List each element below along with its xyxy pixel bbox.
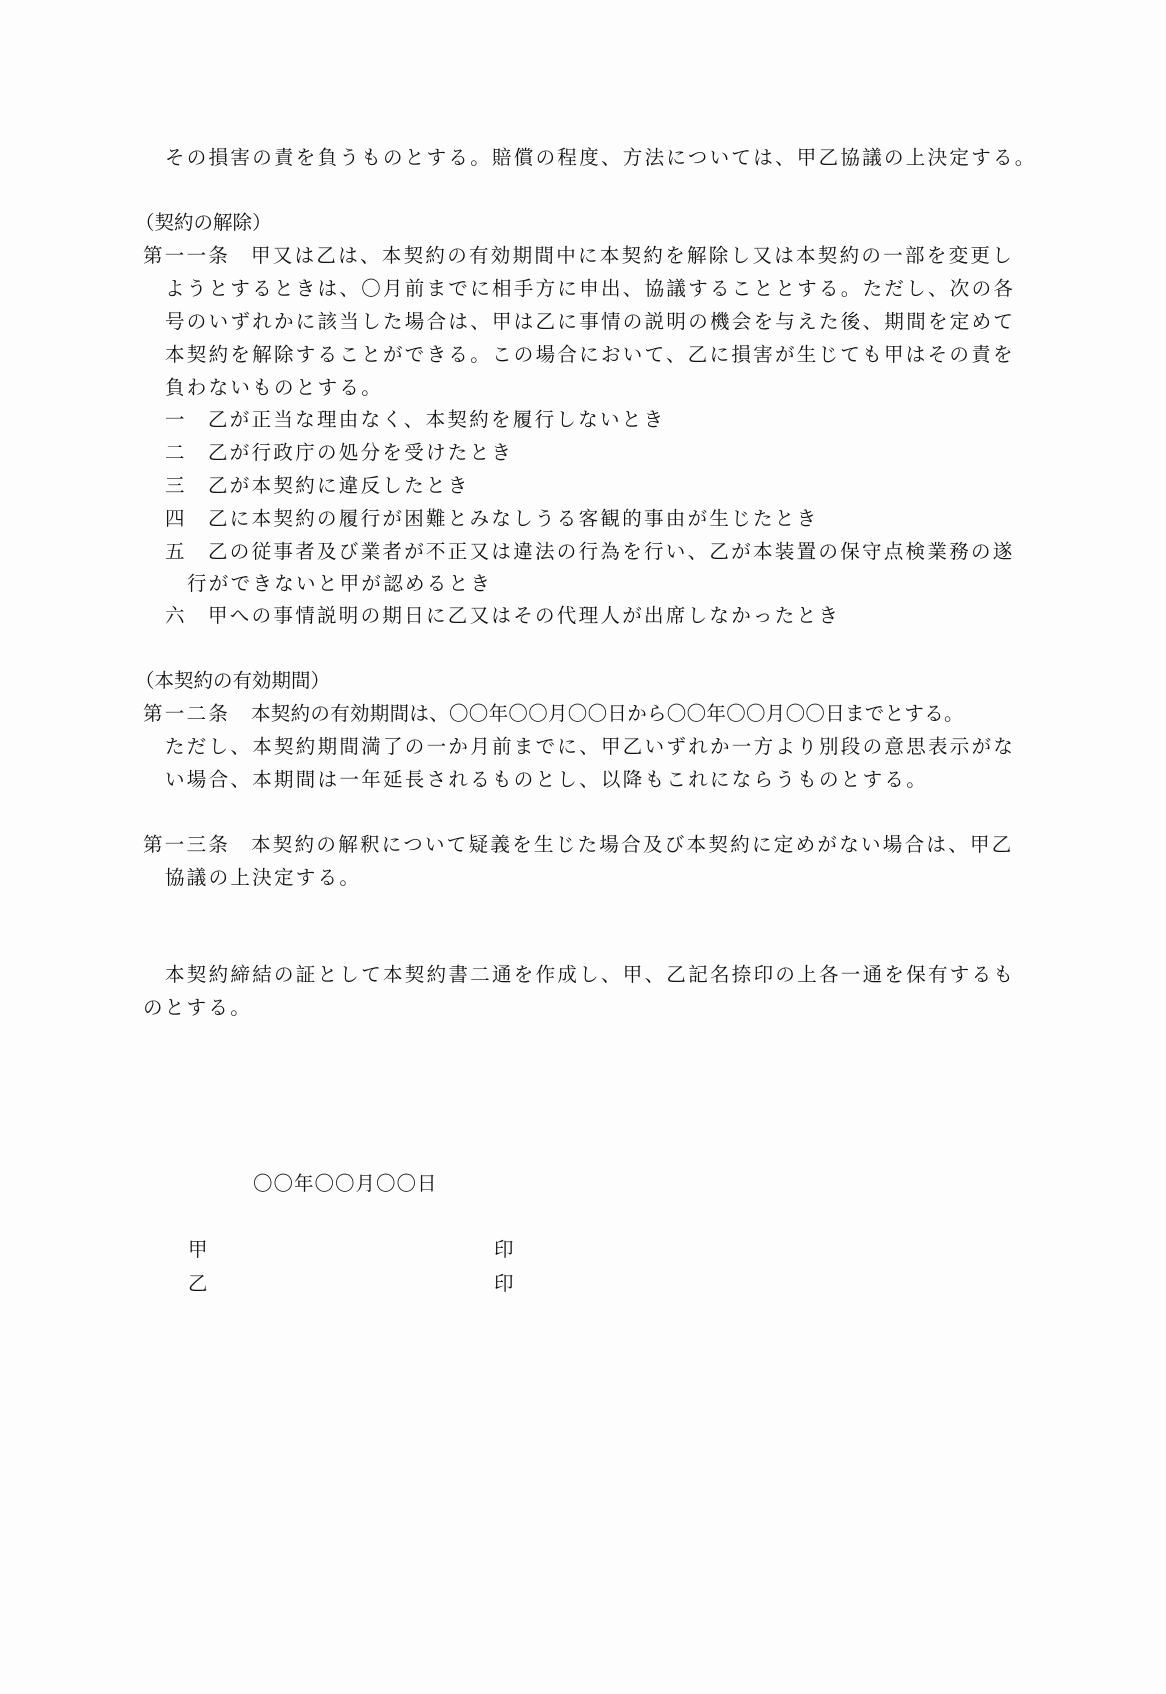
- closing-line-1: 本契約締結の証として本契約書二通を作成し、甲、乙記名捺印の上各一通を保有するも: [165, 963, 1015, 987]
- item-number: 六: [165, 604, 208, 628]
- party-b-label: 乙: [188, 1272, 208, 1296]
- article-12-label: 第一二条: [143, 702, 251, 726]
- article-12-line-3: い場合、本期間は一年延長されるものとし、以降もこれにならうものとする。: [165, 768, 928, 792]
- document-page: その損害の責を負うものとする。賠償の程度、方法については、甲乙協議の上決定する。…: [0, 0, 1166, 1694]
- article-13-text-1: 本契約の解釈について疑義を生じた場合及び本契約に定めがない場合は、甲乙: [251, 833, 1014, 856]
- item-number: 四: [165, 507, 208, 531]
- closing-line-2: のとする。: [143, 996, 252, 1020]
- article-11-line-4: 本契約を解除することができる。この場合において、乙に損害が生じても甲はその責を: [165, 343, 1015, 367]
- item-text: 乙の従事者及び業者が不正又は違法の行為を行い、乙が本装置の保守点検業務の遂: [208, 540, 1015, 563]
- section-heading-validity-period: （本契約の有効期間）: [135, 669, 330, 693]
- article-11-line-2: ようとするときは、〇月前までに相手方に申出、協議することとする。ただし、次の各: [165, 277, 1015, 301]
- article-11-line-5: 負わないものとする。: [165, 376, 383, 400]
- party-a-label: 甲: [188, 1238, 208, 1262]
- item-number: 五: [165, 540, 208, 564]
- list-item-4: 四乙に本契約の履行が困難とみなしうる客観的事由が生じたとき: [165, 507, 818, 531]
- prev-clause-tail: その損害の責を負うものとする。賠償の程度、方法については、甲乙協議の上決定する。: [165, 146, 1037, 170]
- item-number: 二: [165, 441, 208, 465]
- party-b-seal: 印: [494, 1272, 514, 1296]
- item-number: 一: [165, 408, 208, 432]
- article-13-label: 第一三条: [143, 833, 251, 857]
- list-item-2: 二乙が行政庁の処分を受けたとき: [165, 441, 513, 465]
- list-item-6: 六甲への事情説明の期日に乙又はその代理人が出席しなかったとき: [165, 604, 840, 628]
- item-text: 乙が正当な理由なく、本契約を履行しないとき: [208, 408, 665, 431]
- list-item-3: 三乙が本契約に違反したとき: [165, 474, 470, 498]
- article-11-line-1: 第一一条甲又は乙は、本契約の有効期間中に本契約を解除し又は本契約の一部を変更し: [143, 244, 1014, 268]
- article-11-text-1: 甲又は乙は、本契約の有効期間中に本契約を解除し又は本契約の一部を変更し: [251, 244, 1014, 267]
- article-11-label: 第一一条: [143, 244, 251, 268]
- section-heading-termination: （契約の解除）: [135, 211, 272, 235]
- signing-date: 〇〇年〇〇月〇〇日: [253, 1172, 438, 1196]
- article-11-line-3: 号のいずれかに該当した場合は、甲は乙に事情の説明の機会を与えた後、期間を定めて: [165, 310, 1015, 334]
- list-item-5-continuation: 行ができないと甲が認めるとき: [187, 572, 492, 596]
- item-text: 乙に本契約の履行が困難とみなしうる客観的事由が生じたとき: [208, 507, 818, 530]
- list-item-1: 一乙が正当な理由なく、本契約を履行しないとき: [165, 408, 665, 432]
- article-12-line-1: 第一二条本契約の有効期間は、〇〇年〇〇月〇〇日から〇〇年〇〇月〇〇日までとする。: [143, 702, 964, 726]
- article-13-line-1: 第一三条本契約の解釈について疑義を生じた場合及び本契約に定めがない場合は、甲乙: [143, 833, 1014, 857]
- item-text: 甲への事情説明の期日に乙又はその代理人が出席しなかったとき: [208, 604, 840, 627]
- article-12-text-1: 本契約の有効期間は、〇〇年〇〇月〇〇日から〇〇年〇〇月〇〇日までとする。: [251, 702, 964, 725]
- item-text: 乙が本契約に違反したとき: [208, 474, 470, 497]
- party-a-seal: 印: [494, 1238, 514, 1262]
- list-item-5: 五乙の従事者及び業者が不正又は違法の行為を行い、乙が本装置の保守点検業務の遂: [165, 540, 1015, 564]
- item-number: 三: [165, 474, 208, 498]
- item-text: 乙が行政庁の処分を受けたとき: [208, 441, 513, 464]
- article-12-line-2: ただし、本契約期間満了の一か月前までに、甲乙いずれか一方より別段の意思表示がな: [165, 735, 1015, 759]
- article-13-line-2: 協議の上決定する。: [165, 866, 361, 890]
